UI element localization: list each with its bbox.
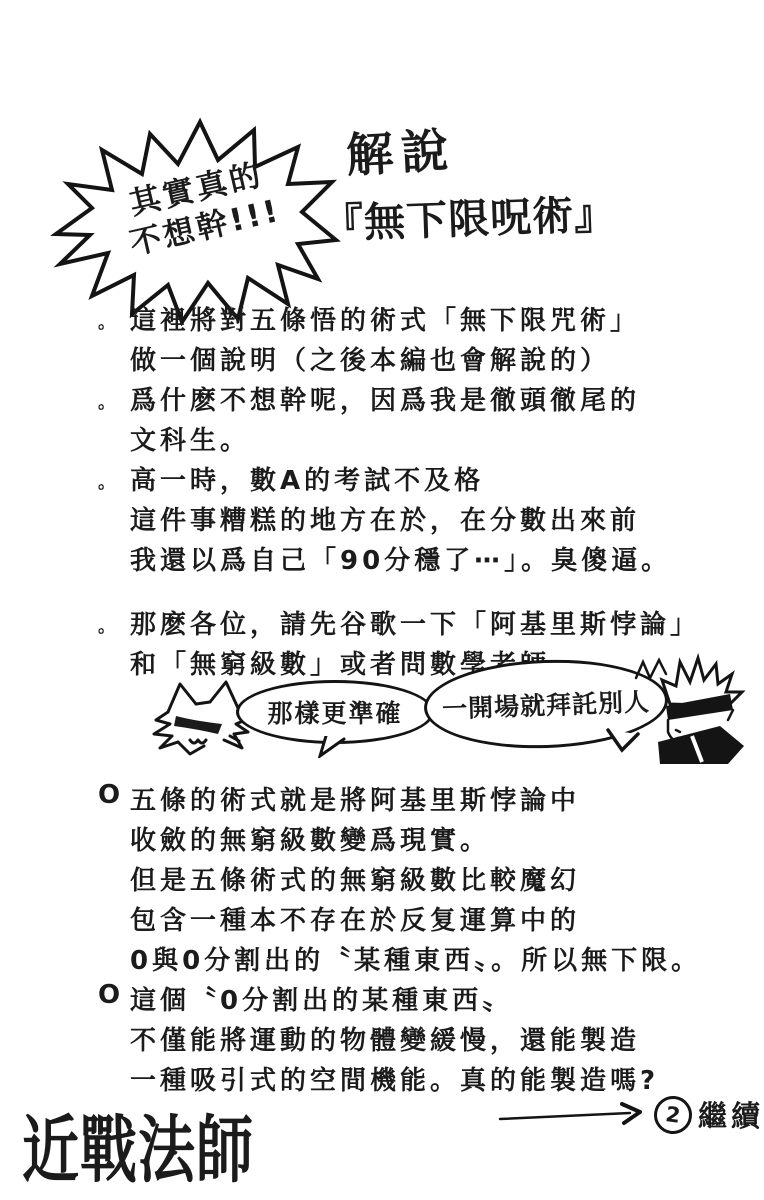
note-text: 爲什麽不想幹呢，因爲我是徹頭徹尾的 (130, 380, 640, 417)
note-bullet (98, 340, 130, 348)
note-line: 0與0分割出的〝某種東西〟。所以無下限。 (98, 940, 748, 980)
note-text: 這個〝0分割出的某種東西〟 (130, 980, 512, 1017)
continue-arrow-icon (498, 1101, 648, 1129)
note-line: 包含一種本不存在於反复運算中的 (98, 900, 748, 940)
speech-bubble-cat-label: 那樣更準確 (267, 694, 402, 730)
note-text: 文科生。 (130, 420, 250, 457)
page-title-line2: 『無下限呪術』 (321, 181, 617, 250)
note-bullet: 。 (98, 604, 130, 637)
speech-bubble-cat-tail (318, 736, 348, 758)
note-text: 但是五條術式的無窮級數比較魔幻 (130, 860, 580, 897)
note-line: 。那麽各位，請先谷歌一下「阿基里斯悖論」 (98, 604, 748, 644)
note-text: 這裡將對五條悟的術式「無下限咒術」 (130, 300, 640, 337)
note-line: 。這裡將對五條悟的術式「無下限咒術」 (98, 300, 748, 340)
note-bullet (98, 500, 130, 508)
note-text: 0與0分割出的〝某種東西〟。所以無下限。 (130, 940, 701, 977)
circled-page-number: 2 (652, 1093, 695, 1136)
continue-indicator: 2 繼續 (498, 1094, 764, 1135)
speech-bubble-gojo-label: 一開場就拜託別人 (441, 682, 650, 725)
note-line: 不僅能將運動的物體變緩慢，還能製造 (98, 1020, 748, 1060)
note-bullet: O (98, 980, 130, 1010)
speech-bubble-cat: 那樣更準確 (236, 680, 434, 744)
note-text: 那麽各位，請先谷歌一下「阿基里斯悖論」 (130, 604, 700, 641)
note-line: 我還以爲自己「90分穩了⋯」。臭傻逼。 (98, 540, 748, 580)
note-text: 高一時，數A的考試不及格 (130, 460, 484, 497)
note-text: 包含一種本不存在於反复運算中的 (130, 900, 580, 937)
notes-gap (98, 580, 748, 604)
note-line: 收斂的無窮級數變爲現實。 (98, 820, 748, 860)
note-text: 收斂的無窮級數變爲現實。 (130, 820, 490, 857)
note-line: 。爲什麽不想幹呢，因爲我是徹頭徹尾的 (98, 380, 748, 420)
note-bullet (98, 644, 130, 652)
page-title-line1: 解說 (344, 113, 457, 186)
note-bullet: O (98, 780, 130, 810)
note-bullet: 。 (98, 460, 130, 493)
note-line: 做一個說明（之後本編也會解說的） (98, 340, 748, 380)
note-bullet: 。 (98, 300, 130, 333)
gojo-doodle-icon (630, 652, 758, 768)
note-line: 這件事糟糕的地方在於，在分數出來前 (98, 500, 748, 540)
note-text: 我還以爲自己「90分穩了⋯」。臭傻逼。 (130, 540, 671, 577)
note-line: 。高一時，數A的考試不及格 (98, 460, 748, 500)
note-line: O五條的術式就是將阿基里斯悖論中 (98, 780, 748, 820)
note-bullet (98, 540, 130, 548)
note-line: O這個〝0分割出的某種東西〟 (98, 980, 748, 1020)
note-bullet: 。 (98, 380, 130, 413)
note-text: 這件事糟糕的地方在於，在分數出來前 (130, 500, 640, 537)
sketch-zigzag (636, 660, 666, 678)
signature-text: 近戰法師 (22, 1092, 254, 1197)
note-bullet (98, 420, 130, 428)
note-text: 不僅能將運動的物體變緩慢，還能製造 (130, 1020, 640, 1057)
note-line: 文科生。 (98, 420, 748, 460)
note-line: 但是五條術式的無窮級數比較魔幻 (98, 860, 748, 900)
continue-label: 繼續 (698, 1094, 764, 1135)
note-text: 做一個說明（之後本編也會解說的） (130, 340, 610, 377)
note-text: 五條的術式就是將阿基里斯悖論中 (130, 780, 580, 817)
